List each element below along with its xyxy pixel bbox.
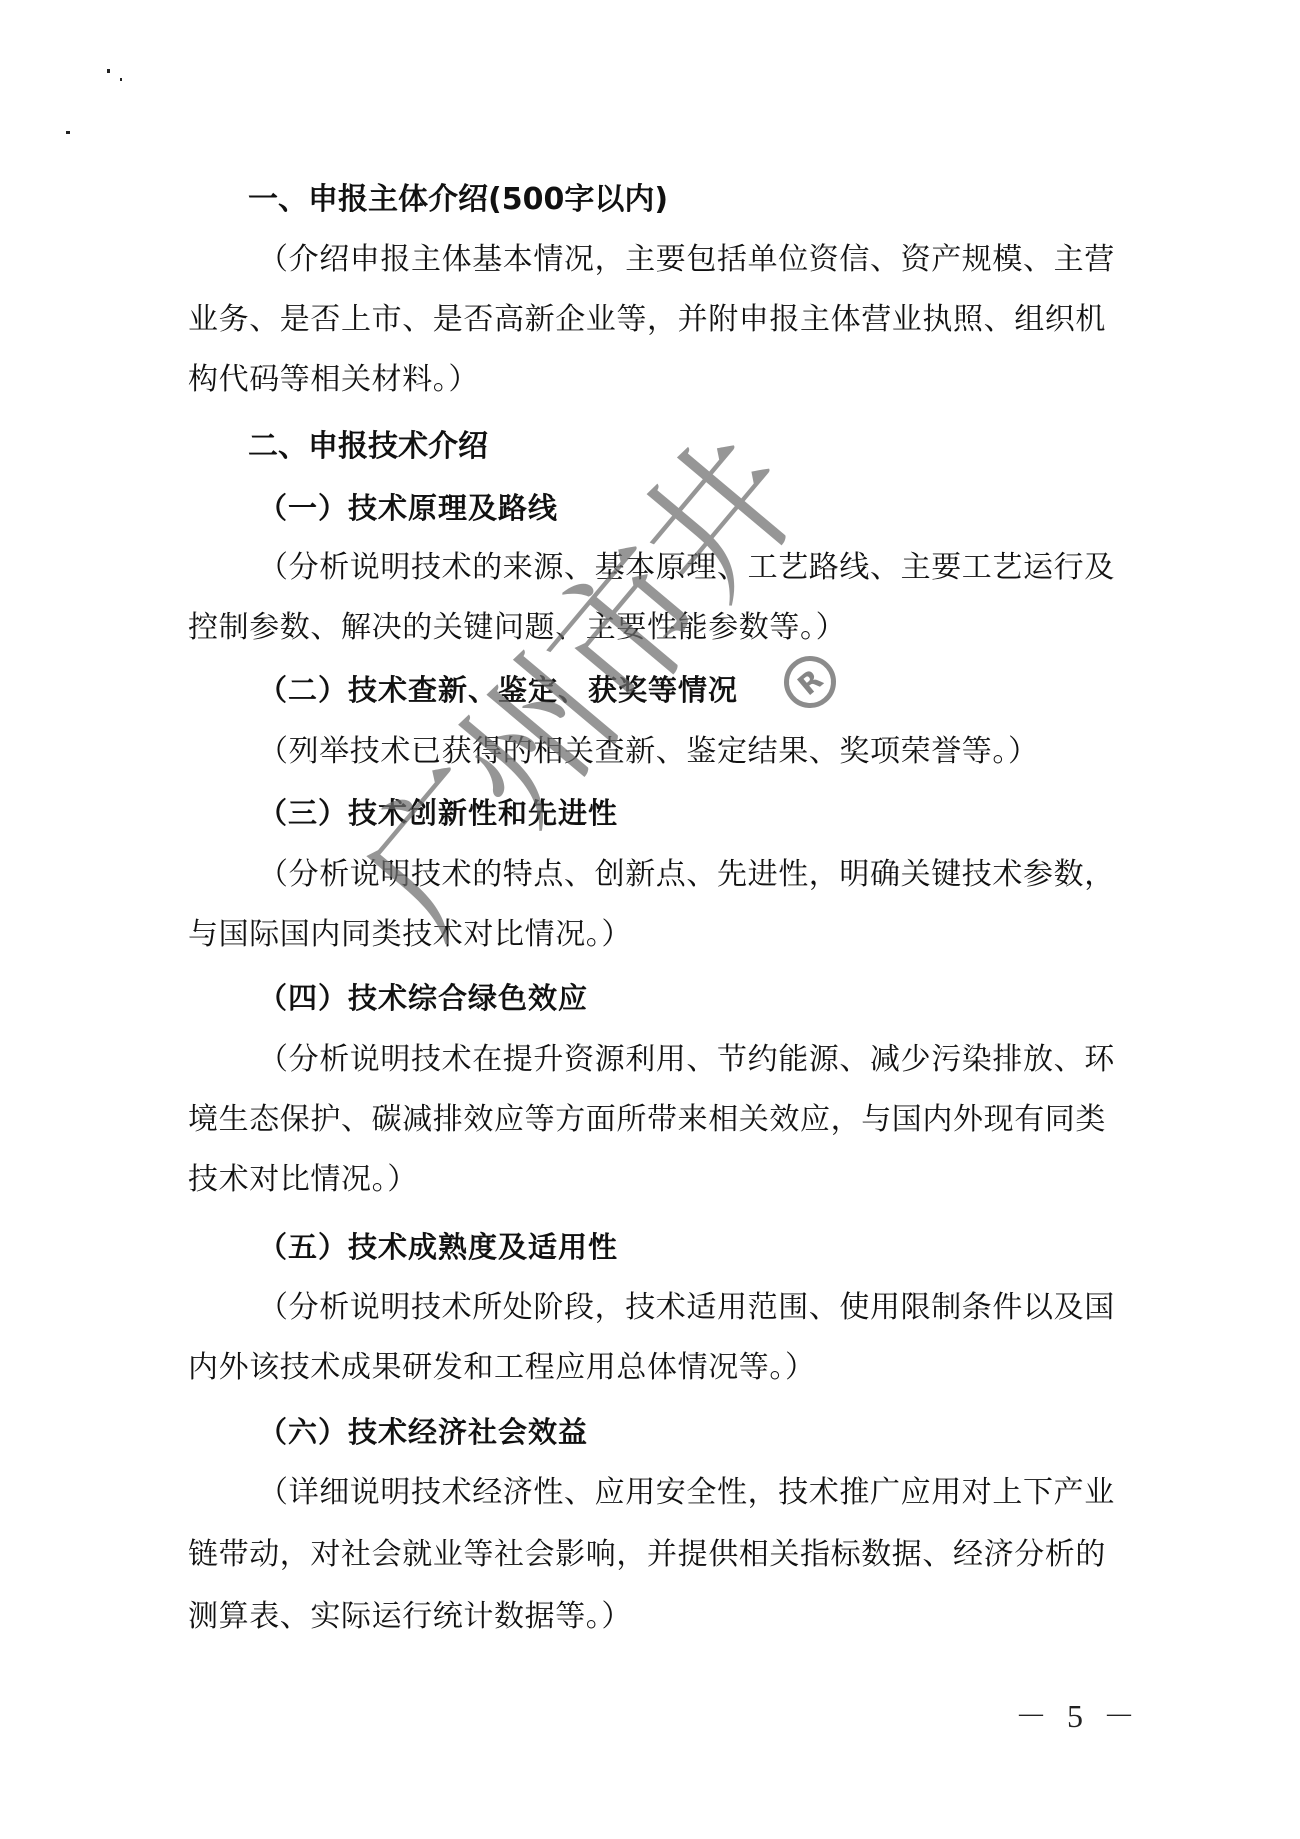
section-heading-2: 二、申报技术介绍 [248,427,1148,467]
scan-speck [66,131,70,134]
subsection-heading-4: （四）技术综合绿色效应 [258,978,1158,1018]
subsection-heading-5: （五）技术成熟度及适用性 [258,1227,1158,1267]
paragraph-line: 境生态保护、碳减排效应等方面所带来相关效应，与国内外现有同类 [188,1100,1088,1140]
paragraph-line: 控制参数、解决的关键问题、主要性能参数等。） [188,608,1088,648]
paragraph-line: 与国际国内同类技术对比情况。） [188,915,1088,955]
subsection-heading-1: （一）技术原理及路线 [258,488,1158,528]
subsection-heading-2: （二）技术查新、鉴定、获奖等情况 [258,670,1158,710]
document-page: 一、申报主体介绍(500字以内) （介绍申报主体基本情况，主要包括单位资信、资产… [0,0,1300,1839]
section-heading-1: 一、申报主体介绍(500字以内) [248,180,1148,220]
paragraph-line: （分析说明技术在提升资源利用、节约能源、减少污染排放、环 [258,1040,1158,1080]
subsection-heading-3: （三）技术创新性和先进性 [258,793,1158,833]
subsection-heading-6: （六）技术经济社会效益 [258,1412,1158,1452]
paragraph-line: 内外该技术成果研发和工程应用总体情况等。） [188,1348,1088,1388]
scan-speck [120,78,122,81]
paragraph-line: （列举技术已获得的相关查新、鉴定结果、奖项荣誉等。） [258,732,1158,772]
paragraph-line: （分析说明技术的来源、基本原理、工艺路线、主要工艺运行及 [258,548,1158,588]
paragraph-line: 构代码等相关材料。） [188,360,1088,400]
paragraph-line: 链带动，对社会就业等社会影响，并提供相关指标数据、经济分析的 [188,1535,1088,1575]
paragraph-line: 技术对比情况。） [188,1160,1088,1200]
paragraph-line: 测算表、实际运行统计数据等。） [188,1597,1088,1637]
paragraph-line: （分析说明技术所处阶段，技术适用范围、使用限制条件以及国 [258,1288,1158,1328]
paragraph-line: （详细说明技术经济性、应用安全性，技术推广应用对上下产业 [258,1473,1158,1513]
page-number: － 5 － [1015,1696,1141,1736]
scan-speck [107,69,110,73]
paragraph-line: （介绍申报主体基本情况，主要包括单位资信、资产规模、主营 [258,240,1158,280]
paragraph-line: 业务、是否上市、是否高新企业等，并附申报主体营业执照、组织机 [188,300,1088,340]
paragraph-line: （分析说明技术的特点、创新点、先进性，明确关键技术参数， [258,855,1158,895]
